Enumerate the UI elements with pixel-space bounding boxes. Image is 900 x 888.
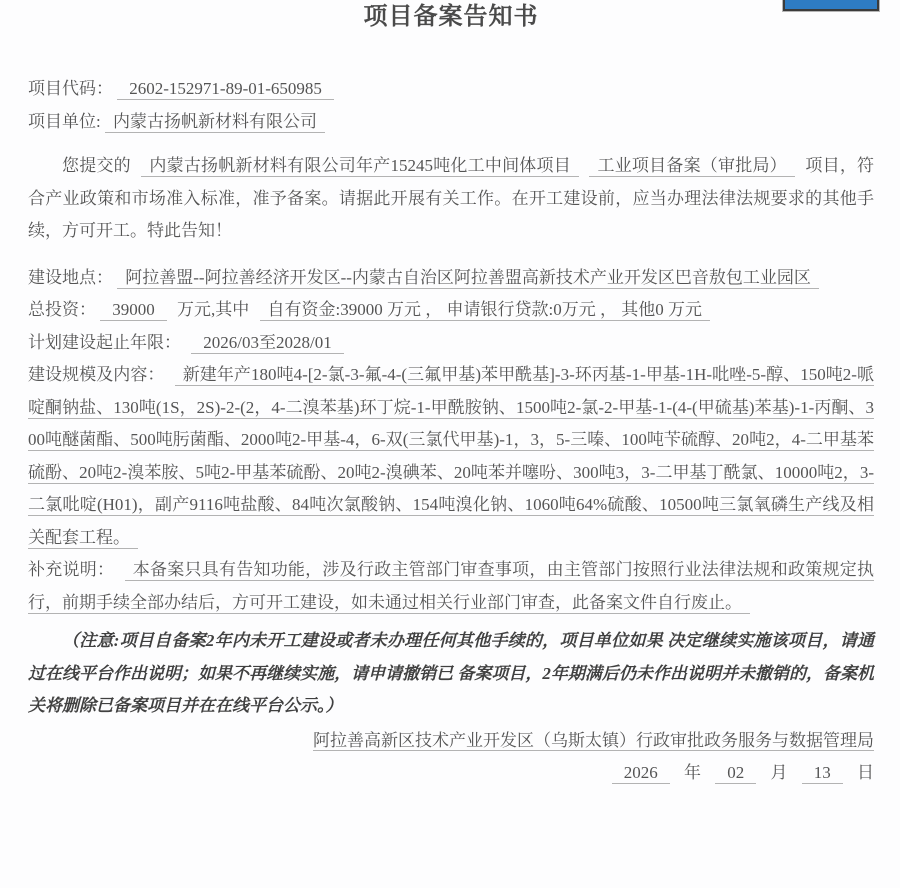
investment-mid: 万元,其中 <box>177 300 249 319</box>
detail-section: 建设地点： 阿拉善盟--阿拉善经济开发区--内蒙古自治区阿拉善盟高新技术产业开发… <box>28 262 874 620</box>
issue-month-label: 月 <box>771 763 788 782</box>
issue-month: 02 <box>715 763 756 784</box>
project-unit-value: 内蒙古扬帆新材料有限公司 <box>105 112 325 133</box>
location-label: 建设地点： <box>28 268 113 287</box>
project-code-value: 2602-152971-89-01-650985 <box>117 79 334 100</box>
project-unit-row: 项目单位: 内蒙古扬帆新材料有限公司 <box>28 106 874 139</box>
issue-date-row: 2026 年 02 月 13 日 <box>28 757 874 790</box>
page-title: 项目备案告知书 <box>28 0 874 34</box>
investment-row: 总投资： 39000 万元,其中 自有资金:39000 万元 ， 申请银行贷款:… <box>28 294 874 327</box>
intro-filing-type: 工业项目备案（审批局） <box>589 156 794 177</box>
supplement-label: 补充说明： <box>28 560 114 579</box>
location-row: 建设地点： 阿拉善盟--阿拉善经济开发区--内蒙古自治区阿拉善盟高新技术产业开发… <box>28 262 874 295</box>
investment-label: 总投资： <box>28 300 96 319</box>
note-close-paren: ） <box>326 696 343 715</box>
caution-note: （注意:项目自备案2年内未开工建设或者未办理任何其他手续的，项目单位如果 决定继… <box>28 625 874 723</box>
period-value: 2026/03至2028/01 <box>191 333 343 354</box>
supplement-row: 补充说明： 本备案只具有告知功能，涉及行政主管部门审查事项，由主管部门按照行业法… <box>28 554 874 619</box>
project-code-label: 项目代码： <box>28 79 113 98</box>
scale-row: 建设规模及内容： 新建年产180吨4-[2-氯-3-氟-4-(三氟甲基)苯甲酰基… <box>28 359 874 554</box>
intro-project-name: 内蒙古扬帆新材料有限公司年产15245吨化工中间体项目 <box>141 156 579 177</box>
period-row: 计划建设起止年限： 2026/03至2028/01 <box>28 327 874 360</box>
scale-value: 新建年产180吨4-[2-氯-3-氟-4-(三氟甲基)苯甲酰基]-3-环丙基-1… <box>28 365 874 549</box>
header-fields: 项目代码： 2602-152971-89-01-650985 项目单位: 内蒙古… <box>28 73 874 138</box>
note-body: 项目自备案2年内未开工建设或者未办理任何其他手续的，项目单位如果 决定继续实施该… <box>28 631 874 715</box>
period-label: 计划建设起止年限： <box>28 333 181 352</box>
supplement-value: 本备案只具有告知功能，涉及行政主管部门审查事项，由主管部门按照行业法律法规和政策… <box>28 560 874 614</box>
note-label: 注意: <box>79 631 119 650</box>
issuing-authority: 阿拉善高新区技术产业开发区（乌斯太镇）行政审批政务服务与数据管理局 <box>313 731 874 751</box>
project-code-row: 项目代码： 2602-152971-89-01-650985 <box>28 73 874 106</box>
intro-paragraph: 您提交的 内蒙古扬帆新材料有限公司年产15245吨化工中间体项目 工业项目备案（… <box>28 150 874 248</box>
location-value: 阿拉善盟--阿拉善经济开发区--内蒙古自治区阿拉善盟高新技术产业开发区巴音敖包工… <box>117 268 819 289</box>
intro-prefix: 您提交的 <box>62 156 131 175</box>
issue-year-label: 年 <box>684 763 701 782</box>
issue-day: 13 <box>802 763 843 784</box>
issuing-authority-row: 阿拉善高新区技术产业开发区（乌斯太镇）行政审批政务服务与数据管理局 <box>28 725 874 758</box>
issue-year: 2026 <box>612 763 670 784</box>
investment-amount: 39000 <box>100 300 167 321</box>
filing-notice-document: 项目备案告知书 项目代码： 2602-152971-89-01-650985 项… <box>0 0 900 888</box>
project-unit-label: 项目单位: <box>28 112 101 131</box>
investment-breakdown: 自有资金:39000 万元 ， 申请银行贷款:0万元 ， 其他0 万元 <box>260 300 710 321</box>
note-open-paren: （ <box>62 631 79 650</box>
toolbar-button-partial[interactable] <box>783 0 879 11</box>
issue-day-label: 日 <box>857 763 874 782</box>
scale-label: 建设规模及内容： <box>28 365 164 384</box>
